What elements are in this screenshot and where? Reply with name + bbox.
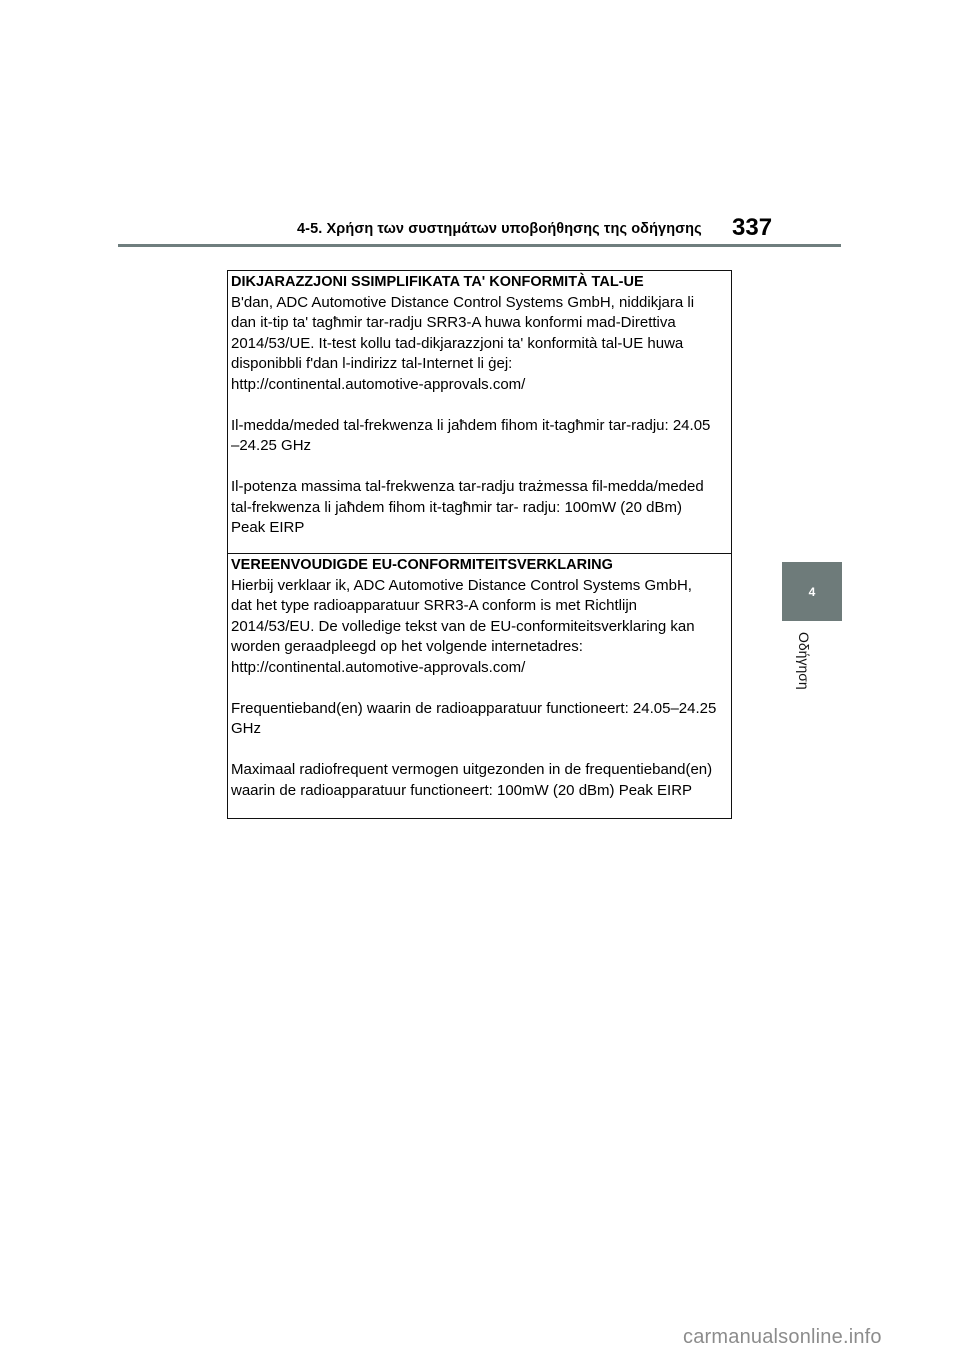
- power-paragraph: Il-potenza massima tal-frekwenza tar-rad…: [231, 477, 728, 539]
- declaration-paragraph: B'dan, ADC Automotive Distance Control S…: [231, 293, 728, 396]
- page-number: 337: [732, 214, 772, 242]
- frequency-paragraph: Frequentieband(en) waarin de radioappara…: [231, 699, 728, 740]
- section-title: 4-5. Χρήση των συστημάτων υποβοήθησης τη…: [297, 221, 702, 237]
- declaration-title: VEREENVOUDIGDE EU-CONFORMITEITSVERKLARIN…: [231, 555, 728, 576]
- declaration-title: DIKJARAZZJONI SSIMPLIFIKATA TA' KONFORMI…: [231, 272, 728, 293]
- declaration-paragraph: Hierbij verklaar ik, ADC Automotive Dist…: [231, 576, 728, 679]
- chapter-number: 4: [809, 585, 816, 599]
- power-paragraph: Maximaal radiofrequent vermogen uitgezon…: [231, 760, 728, 801]
- declaration-section-dutch: VEREENVOUDIGDE EU-CONFORMITEITSVERKLARIN…: [228, 553, 731, 817]
- watermark: carmanualsonline.info: [683, 1326, 882, 1349]
- declaration-box: DIKJARAZZJONI SSIMPLIFIKATA TA' KONFORMI…: [227, 270, 732, 819]
- frequency-paragraph: Il-medda/meded tal-frekwenza li jaħdem f…: [231, 416, 728, 457]
- declaration-section-maltese: DIKJARAZZJONI SSIMPLIFIKATA TA' KONFORMI…: [228, 271, 731, 553]
- chapter-tab: 4: [782, 562, 842, 621]
- header-rule: [118, 244, 841, 247]
- chapter-label: Οδήγηση: [796, 632, 812, 690]
